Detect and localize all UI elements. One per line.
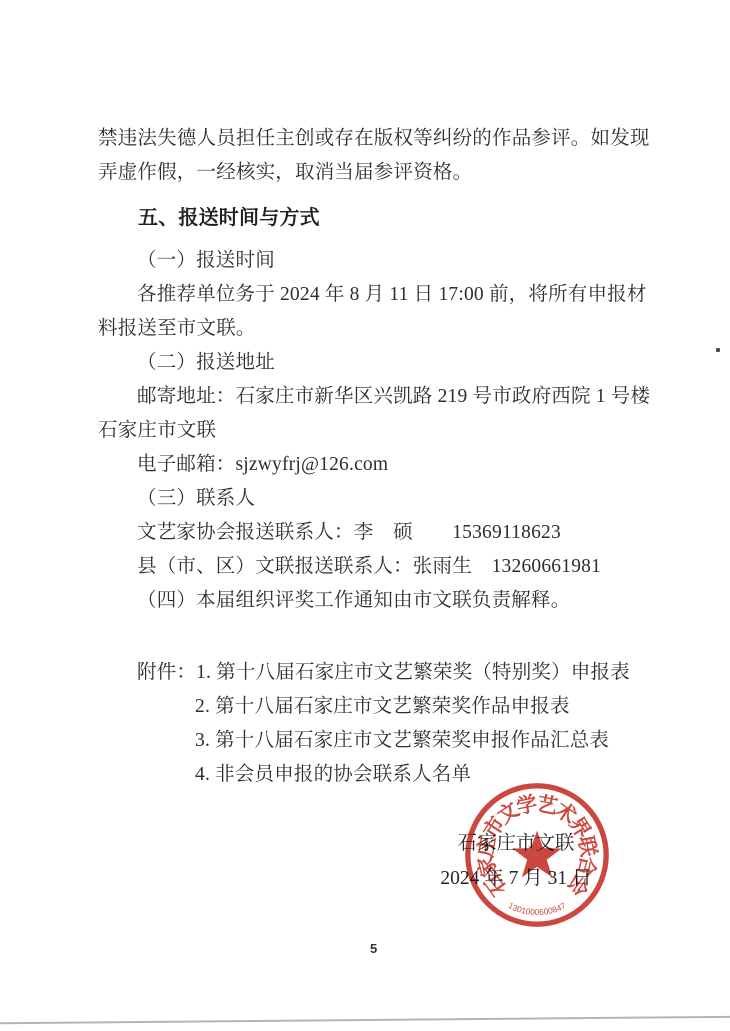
attachment-item: 2. 第十八届石家庄市文艺繁荣奖作品申报表	[195, 690, 650, 724]
attachment-item: 附件：1. 第十八届石家庄市文艺繁荣奖（特别奖）申报表	[98, 656, 650, 690]
page-number: 5	[370, 941, 377, 956]
contact-line: 县（市、区）文联报送联系人：张雨生 13260661981	[98, 550, 650, 584]
body-line: 料报送至市文联。	[98, 312, 650, 346]
body-line: 邮寄地址：石家庄市新华区兴凯路 219 号市政府西院 1 号楼	[98, 380, 650, 414]
official-seal-graphic: 石家庄市文学艺术界联合会1301000600847	[461, 779, 613, 931]
body-line: 各推荐单位务于 2024 年 8 月 11 日 17:00 前，将所有申报材	[98, 278, 650, 312]
attachment-item: 3. 第十八届石家庄市文艺繁荣奖申报作品汇总表	[195, 724, 650, 758]
contact-line: 文艺家协会报送联系人：李 硕 15369118623	[98, 516, 650, 550]
body-line: （一）报送时间	[98, 244, 650, 278]
section-heading: 五、报送时间与方式	[98, 201, 650, 235]
attachments-label: 附件：	[137, 662, 196, 683]
official-seal: 石家庄市文学艺术界联合会1301000600847	[461, 779, 613, 931]
scanned-document-page: 禁违法失德人员担任主创或存在版权等纠纷的作品参评。如发现 弄虚作假，一经核实，取…	[0, 0, 730, 1031]
attachment-item-text: 1. 第十八届石家庄市文艺繁荣奖（特别奖）申报表	[196, 662, 630, 683]
attachments-block: 附件：1. 第十八届石家庄市文艺繁荣奖（特别奖）申报表 2. 第十八届石家庄市文…	[98, 656, 650, 792]
body-line: （二）报送地址	[98, 346, 650, 380]
body-line: 石家庄市文联	[98, 414, 650, 448]
body-line: （三）联系人	[98, 482, 650, 516]
scan-edge-artifact	[0, 1016, 730, 1024]
seal-star-icon	[512, 831, 561, 878]
body-line: 禁违法失德人员担任主创或存在版权等纠纷的作品参评。如发现	[98, 122, 650, 156]
document-body: 禁违法失德人员担任主创或存在版权等纠纷的作品参评。如发现 弄虚作假，一经核实，取…	[98, 0, 650, 792]
body-line: （四）本届组织评奖工作通知由市文联负责解释。	[98, 584, 650, 618]
body-line: 弄虚作假，一经核实，取消当届参评资格。	[98, 156, 650, 190]
scan-speck-artifact	[716, 348, 720, 352]
email-line: 电子邮箱：sjzwyfrj@126.com	[98, 448, 650, 482]
